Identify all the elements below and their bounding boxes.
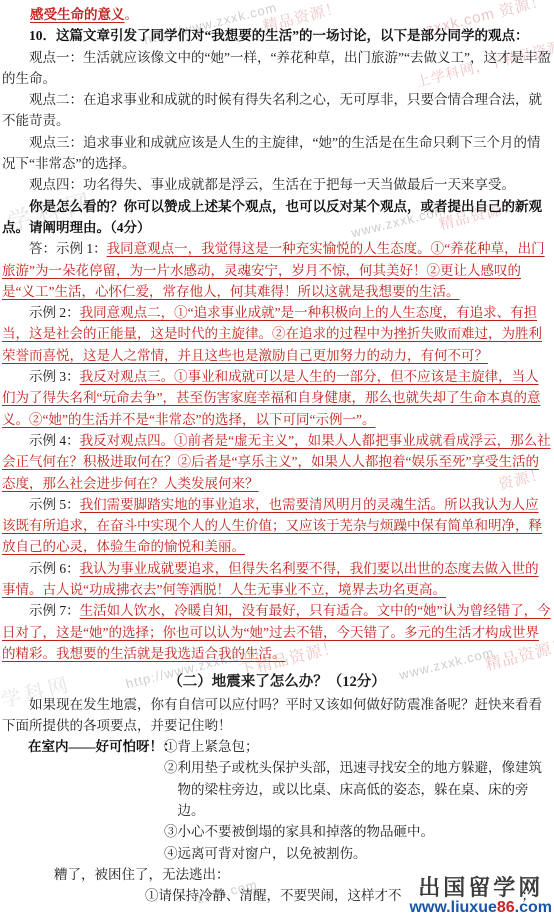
site-logo: 出国留学网 www.liuxue86.com bbox=[409, 876, 552, 916]
answer-example-1-label: 答：示例 1： bbox=[29, 241, 107, 256]
trapped-item-1-text: ①请保持冷静、清醒，不要哭闹，这样才不 bbox=[145, 888, 402, 903]
indoor-items: ①背上紧急包； ②利用垫子或枕头保护头部，迅速寻找安全的地方躲避，像建筑物的梁柱… bbox=[164, 736, 552, 864]
question-10-prompt: 你是怎么看的？你可以赞成上述某个观点，也可以反对某个观点，或者提出自己的新观点。… bbox=[2, 196, 552, 239]
answer-example-2: 示例 2：我同意观点二，①“追求事业成就”是一种积极向上的人生态度，有追求、有担… bbox=[2, 302, 552, 366]
site-logo-url: www.liuxue86.com bbox=[409, 899, 552, 916]
site-logo-url-suffix: .com bbox=[515, 899, 552, 916]
answer-example-5-label: 示例 5： bbox=[29, 497, 80, 512]
indoor-item-4: ④远离可背对窗户，以免被割伤。 bbox=[164, 843, 552, 864]
viewpoint-2: 观点二：在追求事业和成就的时候有得失名利之心，无可厚非，只要合情合理合法，就不能… bbox=[2, 89, 552, 132]
viewpoint-4: 观点四：功名得失、事业成就都是浮云，生活在于把每一天当做最后一天来享受。 bbox=[2, 174, 552, 195]
answer-example-2-label: 示例 2： bbox=[29, 305, 80, 320]
site-logo-url-highlight: 86 bbox=[497, 899, 515, 916]
indoor-item-1: ①背上紧急包； bbox=[164, 736, 552, 757]
question-10-stem: 10．这篇文章引发了同学们对“我想要的生活”的一场讨论，以下是部分同学的观点： bbox=[2, 25, 552, 46]
site-logo-url-prefix: www.liuxue bbox=[409, 899, 496, 916]
answer-example-7: 示例 7：生活如人饮水，冷暖自知，没有最好，只有适合。文中的“她”认为曾经错了，… bbox=[2, 600, 552, 664]
answer-example-7-text: 生活如人饮水，冷暖自知，没有最好，只有适合。文中的“她”认为曾经错了，今日对了，… bbox=[2, 603, 551, 661]
carryover-answer-line: 感受生命的意义。 bbox=[30, 4, 552, 25]
answer-example-3-label: 示例 3： bbox=[29, 369, 80, 384]
answer-example-2-text: 我同意观点二，①“追求事业成就”是一种积极向上的人生态度，有追求、有担当，这是社… bbox=[2, 305, 542, 363]
answer-example-3-text: 我反对观点三。①事业和成就可以是人生的一部分，但不应该是主旋律，当人们为了得失名… bbox=[2, 369, 540, 427]
answer-example-5: 示例 5：我们需要脚踏实地的事业追求，也需要清风明月的灵魂生活。所以我认为人应该… bbox=[2, 494, 552, 558]
viewpoint-3: 观点三：追求事业和成就应该是人生的主旋律，“她”的生活是在生命只剩下三个月的情况… bbox=[2, 132, 552, 175]
indoor-label: 在室内——好可怕呀！： bbox=[28, 736, 177, 757]
carryover-answer-text: 感受生命的意义 bbox=[30, 7, 125, 22]
answer-example-6-label: 示例 6： bbox=[29, 561, 80, 576]
answer-example-7-label: 示例 7： bbox=[29, 603, 80, 618]
answer-example-4: 示例 4：我反对观点四。①前者是“虚无主义”，如果人人都把事业成就看成浮云，那么… bbox=[2, 430, 552, 494]
answer-example-3: 示例 3：我反对观点三。①事业和成就可以是人生的一部分，但不应该是主旋律，当人们… bbox=[2, 366, 552, 430]
indoor-instructions: 在室内——好可怕呀！： ①背上紧急包； ②利用垫子或枕头保护头部，迅速寻找安全的… bbox=[2, 736, 552, 864]
section-2-intro: 如果现在发生地震，你有自信可以应付吗？平时又该如何做好防震准备呢？赶快来看看下面… bbox=[2, 694, 552, 737]
scanned-exam-page: 感受生命的意义。 10．这篇文章引发了同学们对“我想要的生活”的一场讨论，以下是… bbox=[0, 0, 554, 906]
section-2-heading: （二）地震来了怎么办？（12分） bbox=[2, 672, 552, 693]
indoor-item-3: ③小心不要被倒塌的家具和掉落的物品砸中。 bbox=[164, 821, 552, 842]
answer-example-6: 示例 6：我认为事业成就要追求，但得失名利要不得，我们要以出世的态度去做入世的事… bbox=[2, 558, 552, 601]
site-logo-name: 出国留学网 bbox=[409, 876, 552, 899]
viewpoint-1: 观点一：生活就应该像文中的“她”一样，“养花种草，出门旅游”“去做义工”，这才是… bbox=[2, 47, 552, 90]
indoor-item-2: ②利用垫子或枕头保护头部，迅速寻找安全的地方躲避，像建筑物的梁柱旁边，或以比桌、… bbox=[164, 757, 552, 821]
carryover-answer-period: 。 bbox=[125, 7, 139, 22]
answer-example-1: 答：示例 1：我同意观点一，我觉得这是一种充实愉悦的人生态度。①“养花种草，出门… bbox=[2, 238, 552, 302]
answer-example-5-text: 我们需要脚踏实地的事业追求，也需要清风明月的灵魂生活。所以我认为人应该既有所追求… bbox=[2, 497, 542, 555]
answer-example-4-text: 我反对观点四。①前者是“虚无主义”，如果人人都把事业成就看成浮云，那么社会正气何… bbox=[2, 433, 551, 491]
answer-example-6-text: 我认为事业成就要追求，但得失名利要不得，我们要以出世的态度去做入世的事情。古人说… bbox=[2, 561, 539, 597]
answer-example-4-label: 示例 4： bbox=[29, 433, 80, 448]
